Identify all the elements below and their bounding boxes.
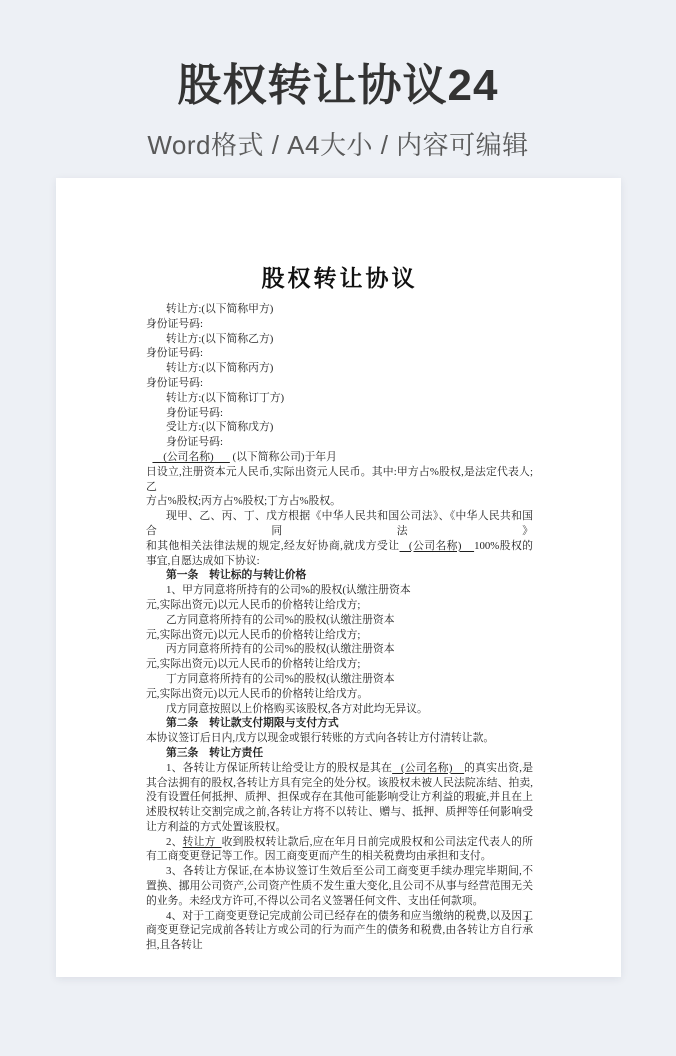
doc-text: 第三条 转让方责任 [166,747,263,759]
doc-line: 第三条 转让方责任 [146,746,533,761]
doc-line: 1、各转让方保证所转让给受让方的股权是其在 (公司名称) 的真实出资,是其合法拥… [146,761,533,835]
doc-text: 元,实际出资元)以元人民币的价格转让给戊方; [146,629,360,641]
doc-text: 第一条 转让标的与转让价格 [166,569,306,581]
doc-line: 转让方:(以下简称乙方) [146,332,533,347]
doc-line: 元,实际出资元)以元人民币的价格转让给戊方; [146,598,533,613]
blank-underline-text: (公司名称) [392,762,464,774]
page-subtitle: Word格式 / A4大小 / 内容可编辑 [0,125,676,162]
doc-line: 4、对于工商变更登记完成前公司已经存在的债务和应当缴纳的税费,以及因工商变更登记… [146,909,533,953]
doc-text: 4、对于工商变更登记完成前公司已经存在的债务和应当缴纳的税费,以及因工商变更登记… [146,910,533,952]
doc-text: 丁方同意将所持有的公司%的股权(认缴注册资本 [166,673,395,685]
doc-text: 和其他相关法律法规的规定,经友好协商,就戊方受让 [146,540,400,552]
doc-text: 身份证号码: [146,318,203,330]
doc-text: 2、 [166,836,183,848]
doc-text: 事宜,自愿达成如下协议: [146,555,260,567]
doc-line: 身份证号码: [146,346,533,361]
doc-text: 现甲、乙、丙、丁、戊方根据《中华人民共和国公司法》、《中华人民共和国合同法》 [146,510,533,537]
doc-line: 元,实际出资元)以元人民币的价格转让给戊方; [146,657,533,672]
blank-underline-text: (公司名称) [152,451,229,463]
doc-text: 方占%股权;丙方占%股权;丁方占%股权。 [146,495,341,507]
doc-text: 身份证号码: [146,377,203,389]
doc-text: 100%股权的 [474,540,533,552]
doc-line: 元,实际出资元)以元人民币的价格转让给戊方; [146,628,533,643]
doc-line: 身份证号码: [146,435,533,450]
doc-text: 乙方同意将所持有的公司%的股权(认缴注册资本 [166,614,395,626]
doc-line: 3、各转让方保证,在本协议签订生效后至公司工商变更手续办理完毕期间,不置换、挪用… [146,864,533,908]
doc-line: 事宜,自愿达成如下协议: [146,554,533,569]
doc-body: 转让方:(以下简称甲方)身份证号码:转让方:(以下简称乙方)身份证号码:转让方:… [146,302,533,953]
doc-line: 转让方:(以下简称丙方) [146,361,533,376]
doc-text: 元,实际出资元)以元人民币的价格转让给戊方; [146,599,360,611]
doc-text: 元,实际出资元)以元人民币的价格转让给戊方。 [146,688,368,700]
doc-line: 1、甲方同意将所持有的公司%的股权(认缴注册资本 [146,583,533,598]
doc-line: 戊方同意按照以上价格购买该股权,各方对此均无异议。 [146,702,533,717]
site-header: 股权转让协议24 Word格式 / A4大小 / 内容可编辑 [0,0,676,162]
doc-text: 1、甲方同意将所持有的公司%的股权(认缴注册资本 [166,584,411,596]
blank-underline-text: 转让方 [183,836,222,848]
doc-line: 丙方同意将所持有的公司%的股权(认缴注册资本 [146,642,533,657]
doc-text: 受让方:(以下简称戊方) [166,421,273,433]
doc-line: 第一条 转让标的与转让价格 [146,568,533,583]
blank-underline-text: (公司名称) [400,540,475,552]
doc-line: 乙方同意将所持有的公司%的股权(认缴注册资本 [146,613,533,628]
doc-line: 本协议签订后日内,戊方以现金或银行转账的方式向各转让方付清转让款。 [146,731,533,746]
doc-text: 转让方:(以下简称订丁方) [166,392,284,404]
doc-text: 戊方同意按照以上价格购买该股权,各方对此均无异议。 [166,703,428,715]
page-title: 股权转让协议24 [0,62,676,110]
doc-line: 方占%股权;丙方占%股权;丁方占%股权。 [146,494,533,509]
doc-line: 转让方:(以下简称甲方) [146,302,533,317]
doc-line: 日设立,注册资本元人民币,实际出资元人民币。其中:甲方占%股权,是法定代表人;乙 [146,465,533,495]
page-number: 1 [524,915,529,925]
doc-line: 转让方:(以下简称订丁方) [146,391,533,406]
doc-text: 元,实际出资元)以元人民币的价格转让给戊方; [146,658,360,670]
doc-text: 身份证号码: [166,407,223,419]
doc-text: (以下简称公司)于年月 [230,451,337,463]
doc-text: 本协议签订后日内,戊方以现金或银行转账的方式向各转让方付清转让款。 [146,732,494,744]
doc-text: 第二条 转让款支付期限与支付方式 [166,717,339,729]
doc-line: 受让方:(以下简称戊方) [146,420,533,435]
document-title: 股权转让协议 [146,266,533,292]
doc-text: 1、各转让方保证所转让给受让方的股权是其在 [166,762,392,774]
doc-text: 丙方同意将所持有的公司%的股权(认缴注册资本 [166,643,395,655]
doc-text: 3、各转让方保证,在本协议签订生效后至公司工商变更手续办理完毕期间,不置换、挪用… [146,865,533,907]
doc-text: 身份证号码: [146,347,203,359]
doc-line: 2、转让方 收到股权转让款后,应在年月日前完成股权和公司法定代表人的所有工商变更… [146,835,533,865]
doc-line: 现甲、乙、丙、丁、戊方根据《中华人民共和国公司法》、《中华人民共和国合同法》 [146,509,533,539]
doc-text: 日设立,注册资本元人民币,实际出资元人民币。其中:甲方占%股权,是法定代表人;乙 [146,466,533,493]
doc-line: 元,实际出资元)以元人民币的价格转让给戊方。 [146,687,533,702]
doc-text: 转让方:(以下简称丙方) [166,362,273,374]
doc-text: 身份证号码: [166,436,223,448]
document-page-preview: 股权转让协议 转让方:(以下简称甲方)身份证号码:转让方:(以下简称乙方)身份证… [56,178,621,977]
doc-line: 身份证号码: [146,317,533,332]
doc-line: (公司名称) (以下简称公司)于年月 [146,450,533,465]
doc-line: 第二条 转让款支付期限与支付方式 [146,716,533,731]
doc-text: 转让方:(以下简称甲方) [166,303,273,315]
doc-line: 丁方同意将所持有的公司%的股权(认缴注册资本 [146,672,533,687]
doc-line: 身份证号码: [146,406,533,421]
doc-line: 和其他相关法律法规的规定,经友好协商,就戊方受让 (公司名称) 100%股权的 [146,539,533,554]
doc-line: 身份证号码: [146,376,533,391]
doc-text: 转让方:(以下简称乙方) [166,333,273,345]
